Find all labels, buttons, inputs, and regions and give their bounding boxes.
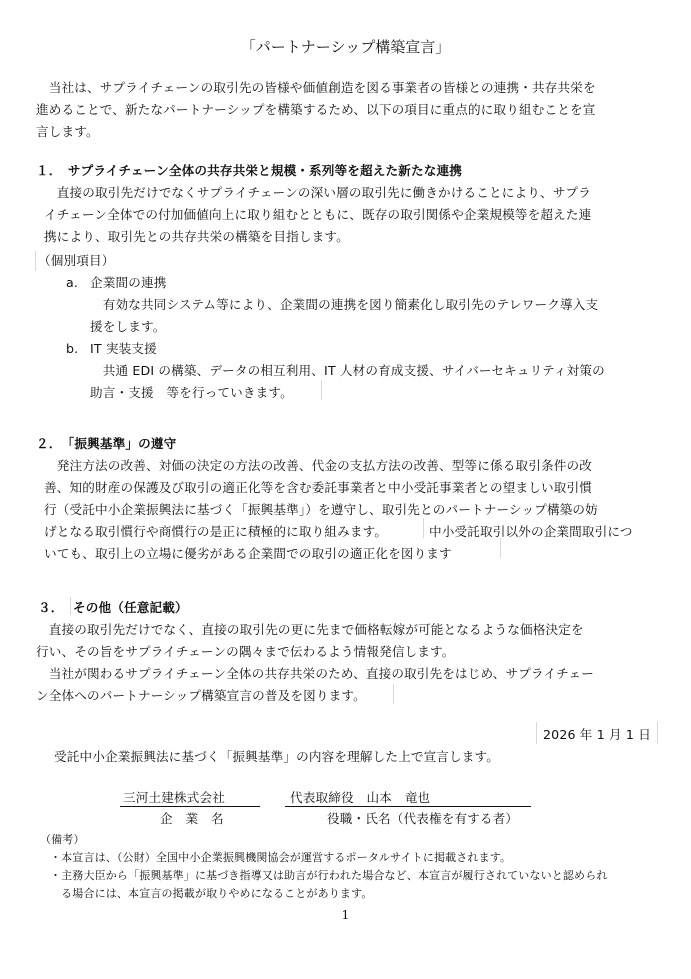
individual-items-label: （個別項目） bbox=[38, 253, 114, 269]
section-2-heading: ２． 「振興基準」の遵守 bbox=[36, 436, 176, 452]
intro-line: 当社は、サプライチェーンの取引先の皆様や価値創造を図る事業者の皆様との連携・共存… bbox=[36, 80, 596, 96]
company-name: 三河土建株式会社 bbox=[123, 790, 225, 806]
text-cursor-marker bbox=[35, 251, 36, 271]
text-cursor-marker bbox=[321, 380, 322, 400]
section-1-line: 直接の取引先だけでなくサプライチェーンの深い層の取引先に働きかけることにより、サ… bbox=[44, 185, 591, 201]
section-1-line: イチェーン全体での付加価値向上に取り組むとともに、既存の取引関係や企業規模等を超… bbox=[44, 207, 591, 223]
item-b-line: 助言・支援 等を行っていきます。 bbox=[90, 385, 293, 401]
text-cursor-marker bbox=[70, 597, 71, 615]
declaration-date: 2026 年 1 月 1 日 bbox=[543, 727, 651, 743]
section-2-line: げとなる取引慣行や商慣行の是正に積極的に取り組みます。 bbox=[44, 524, 387, 540]
item-a-line: 有効な共同システム等により、企業間の連携を図り簡素化し取引先のテレワーク導入支 bbox=[90, 297, 598, 313]
section-3-line: 行い、その旨をサプライチェーンの隅々まで伝わるよう情報発信します。 bbox=[36, 644, 455, 660]
item-a-title: 企業間の連携 bbox=[90, 275, 166, 291]
representative-name: 代表取締役 山本 竜也 bbox=[290, 790, 430, 806]
item-b-title: IT 実装支援 bbox=[90, 341, 157, 357]
page-title: 「パートナーシップ構築宣言」 bbox=[0, 37, 691, 57]
section-1-heading: １． サプライチェーン全体の共存共栄と規模・系列等を超えた新たな連携 bbox=[36, 163, 462, 179]
section-2-line: 行（受託中小企業振興法に基づく「振興基準」）を遵守し、取引先とのパートナーシップ… bbox=[44, 502, 598, 518]
representative-label: 役職・氏名（代表権を有する者） bbox=[327, 811, 518, 827]
declaration-statement: 受託中小企業振興法に基づく「振興基準」の内容を理解した上で宣言します。 bbox=[54, 749, 499, 765]
section-2-line: いても、取引上の立場に優劣がある企業間での取引の適正化を図ります bbox=[44, 546, 452, 562]
item-b-marker: b. bbox=[66, 341, 78, 357]
section-3-line: 直接の取引先だけでなく、直接の取引先の更に先まで価格転嫁が可能となるような価格決… bbox=[36, 622, 584, 638]
text-cursor-marker bbox=[657, 722, 658, 744]
page-number: 1 bbox=[0, 908, 691, 922]
representative-underline bbox=[285, 806, 531, 807]
section-2-line: 中小受託取引以外の企業間取引につ bbox=[429, 524, 633, 540]
text-cursor-marker bbox=[536, 722, 537, 744]
notes-item: ・主務大臣から「振興基準」に基づき指導又は助言が行われた場合など、本宣言が履行さ… bbox=[50, 868, 608, 884]
company-name-underline bbox=[120, 806, 260, 807]
item-a-marker: a. bbox=[66, 275, 78, 291]
item-b-line: 共通 EDI の構築、データの相互利用、IT 人材の育成支援、サイバーセキュリテ… bbox=[90, 363, 605, 379]
notes-label: （備考） bbox=[40, 832, 85, 848]
text-cursor-marker bbox=[423, 518, 424, 538]
section-1-line: 携により、取引先との共存共栄の構築を目指します。 bbox=[44, 229, 349, 245]
company-name-label: 企 業 名 bbox=[160, 811, 224, 827]
section-3-line: ン全体へのパートナーシップ構築宣言の普及を図ります。 bbox=[36, 688, 366, 704]
intro-line: 言します。 bbox=[36, 124, 99, 140]
section-3-heading-number: ３． bbox=[38, 600, 64, 616]
section-2-line: 善、知的財産の保護及び取引の適正化等を含む委託事業者と中小受託事業者との望ましい… bbox=[44, 480, 592, 496]
intro-line: 進めることで、新たなパートナーシップを構築するため、以下の項目に重点的に取り組む… bbox=[36, 102, 595, 118]
section-3-line: 当社が関わるサプライチェーン全体の共存共栄のため、直接の取引先をはじめ、サプライ… bbox=[36, 666, 594, 682]
text-cursor-marker bbox=[500, 538, 501, 558]
notes-item: ・本宣言は、（公財）全国中小企業振興機関協会が運営するポータルサイトに掲載されま… bbox=[50, 850, 511, 866]
section-3-heading-text: その他（任意記載） bbox=[73, 600, 188, 616]
item-a-line: 援をします。 bbox=[90, 319, 165, 335]
notes-item: る場合には、本宣言の掲載が取りやめになることがあります。 bbox=[50, 886, 372, 902]
text-cursor-marker bbox=[393, 684, 394, 704]
section-2-line: 発注方法の改善、対価の決定の方法の改善、代金の支払方法の改善、型等に係る取引条件… bbox=[44, 458, 592, 474]
